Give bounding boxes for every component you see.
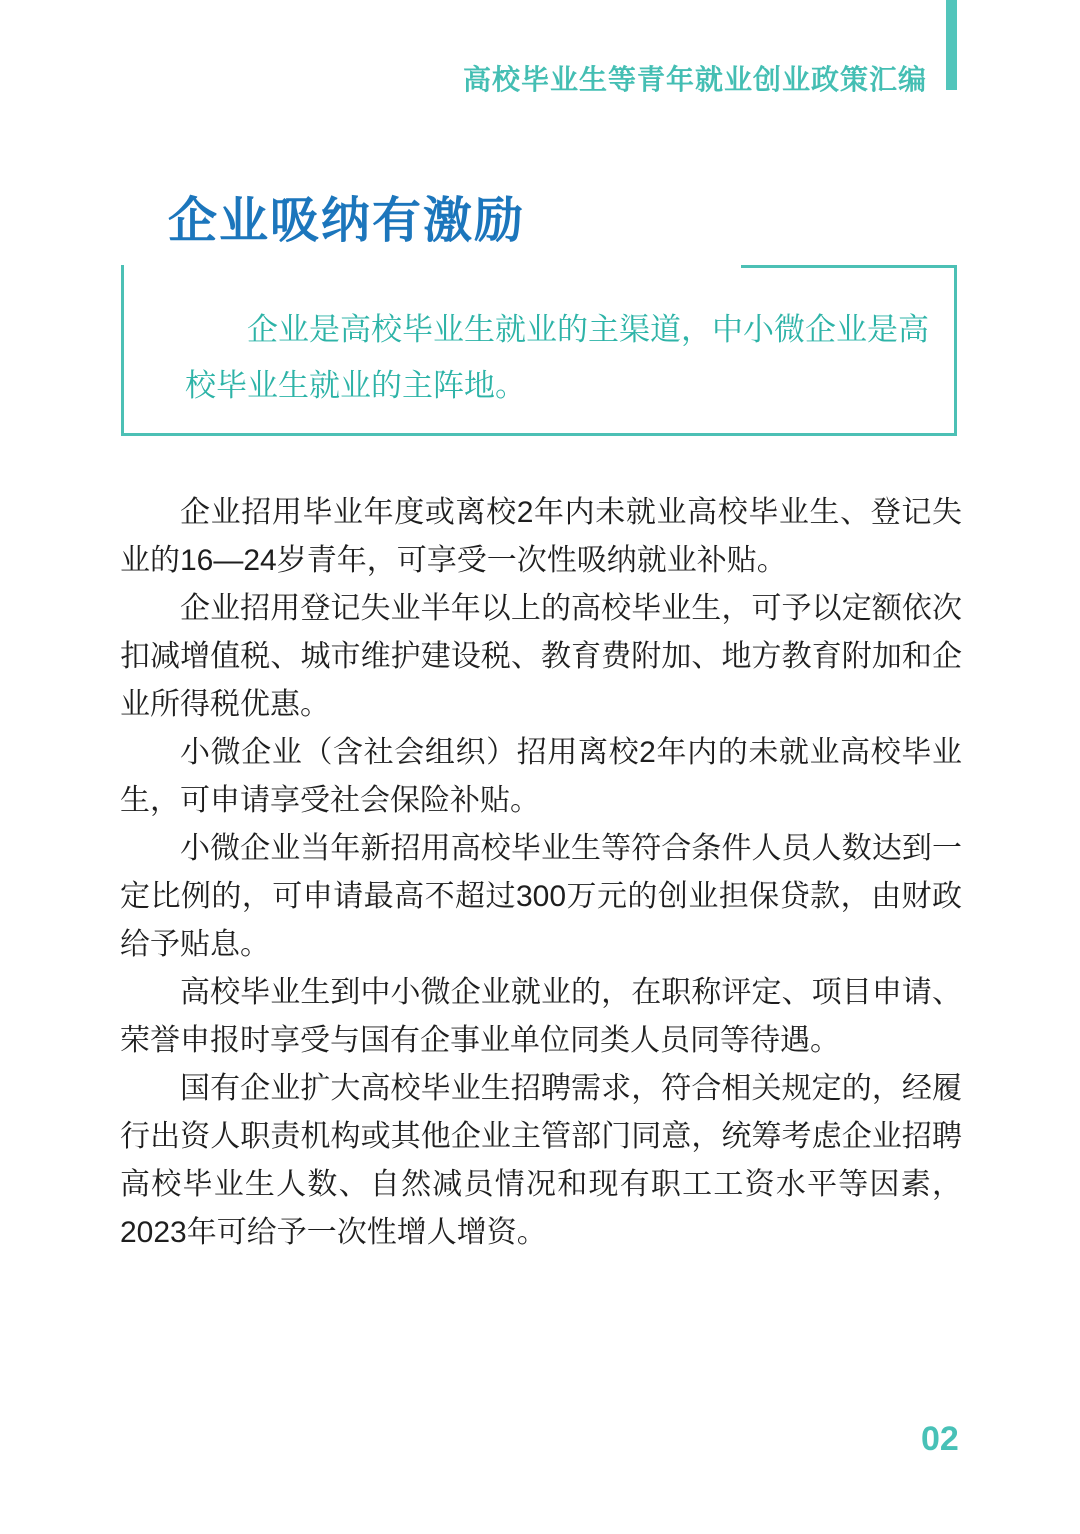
- body-paragraphs: 企业招用毕业年度或离校2年内未就业高校毕业生、登记失业的16—24岁青年，可享受…: [120, 489, 962, 1257]
- quote-box: 企业是高校毕业生就业的主渠道，中小微企业是高校毕业生就业的主阵地。: [121, 265, 957, 436]
- body-paragraph: 企业招用登记失业半年以上的高校毕业生，可予以定额依次扣减增值税、城市维护建设税、…: [120, 585, 962, 729]
- quote-line: 企业是高校毕业生就业的主渠道，中小微企业是高: [185, 302, 914, 358]
- document-page: 高校毕业生等青年就业创业政策汇编 企业吸纳有激励 企业是高校毕业生就业的主渠道，…: [0, 0, 1080, 1534]
- section-title: 企业吸纳有激励: [168, 182, 525, 252]
- body-paragraph: 高校毕业生到中小微企业就业的，在职称评定、项目申请、荣誉申报时享受与国有企事业单…: [120, 969, 962, 1065]
- quote-box-top-border: [741, 265, 957, 268]
- body-paragraph: 企业招用毕业年度或离校2年内未就业高校毕业生、登记失业的16—24岁青年，可享受…: [120, 489, 962, 585]
- body-paragraph: 小微企业（含社会组织）招用离校2年内的未就业高校毕业生，可申请享受社会保险补贴。: [120, 729, 962, 825]
- header-accent-bar: [946, 0, 957, 90]
- header-title: 高校毕业生等青年就业创业政策汇编: [463, 58, 927, 98]
- page-number: 02: [921, 1420, 959, 1459]
- body-paragraph: 国有企业扩大高校毕业生招聘需求，符合相关规定的，经履行出资人职责机构或其他企业主…: [120, 1065, 962, 1257]
- body-paragraph: 小微企业当年新招用高校毕业生等符合条件人员人数达到一定比例的，可申请最高不超过3…: [120, 825, 962, 969]
- quote-line: 校毕业生就业的主阵地。: [185, 358, 914, 414]
- quote-text: 企业是高校毕业生就业的主渠道，中小微企业是高校毕业生就业的主阵地。: [185, 302, 914, 414]
